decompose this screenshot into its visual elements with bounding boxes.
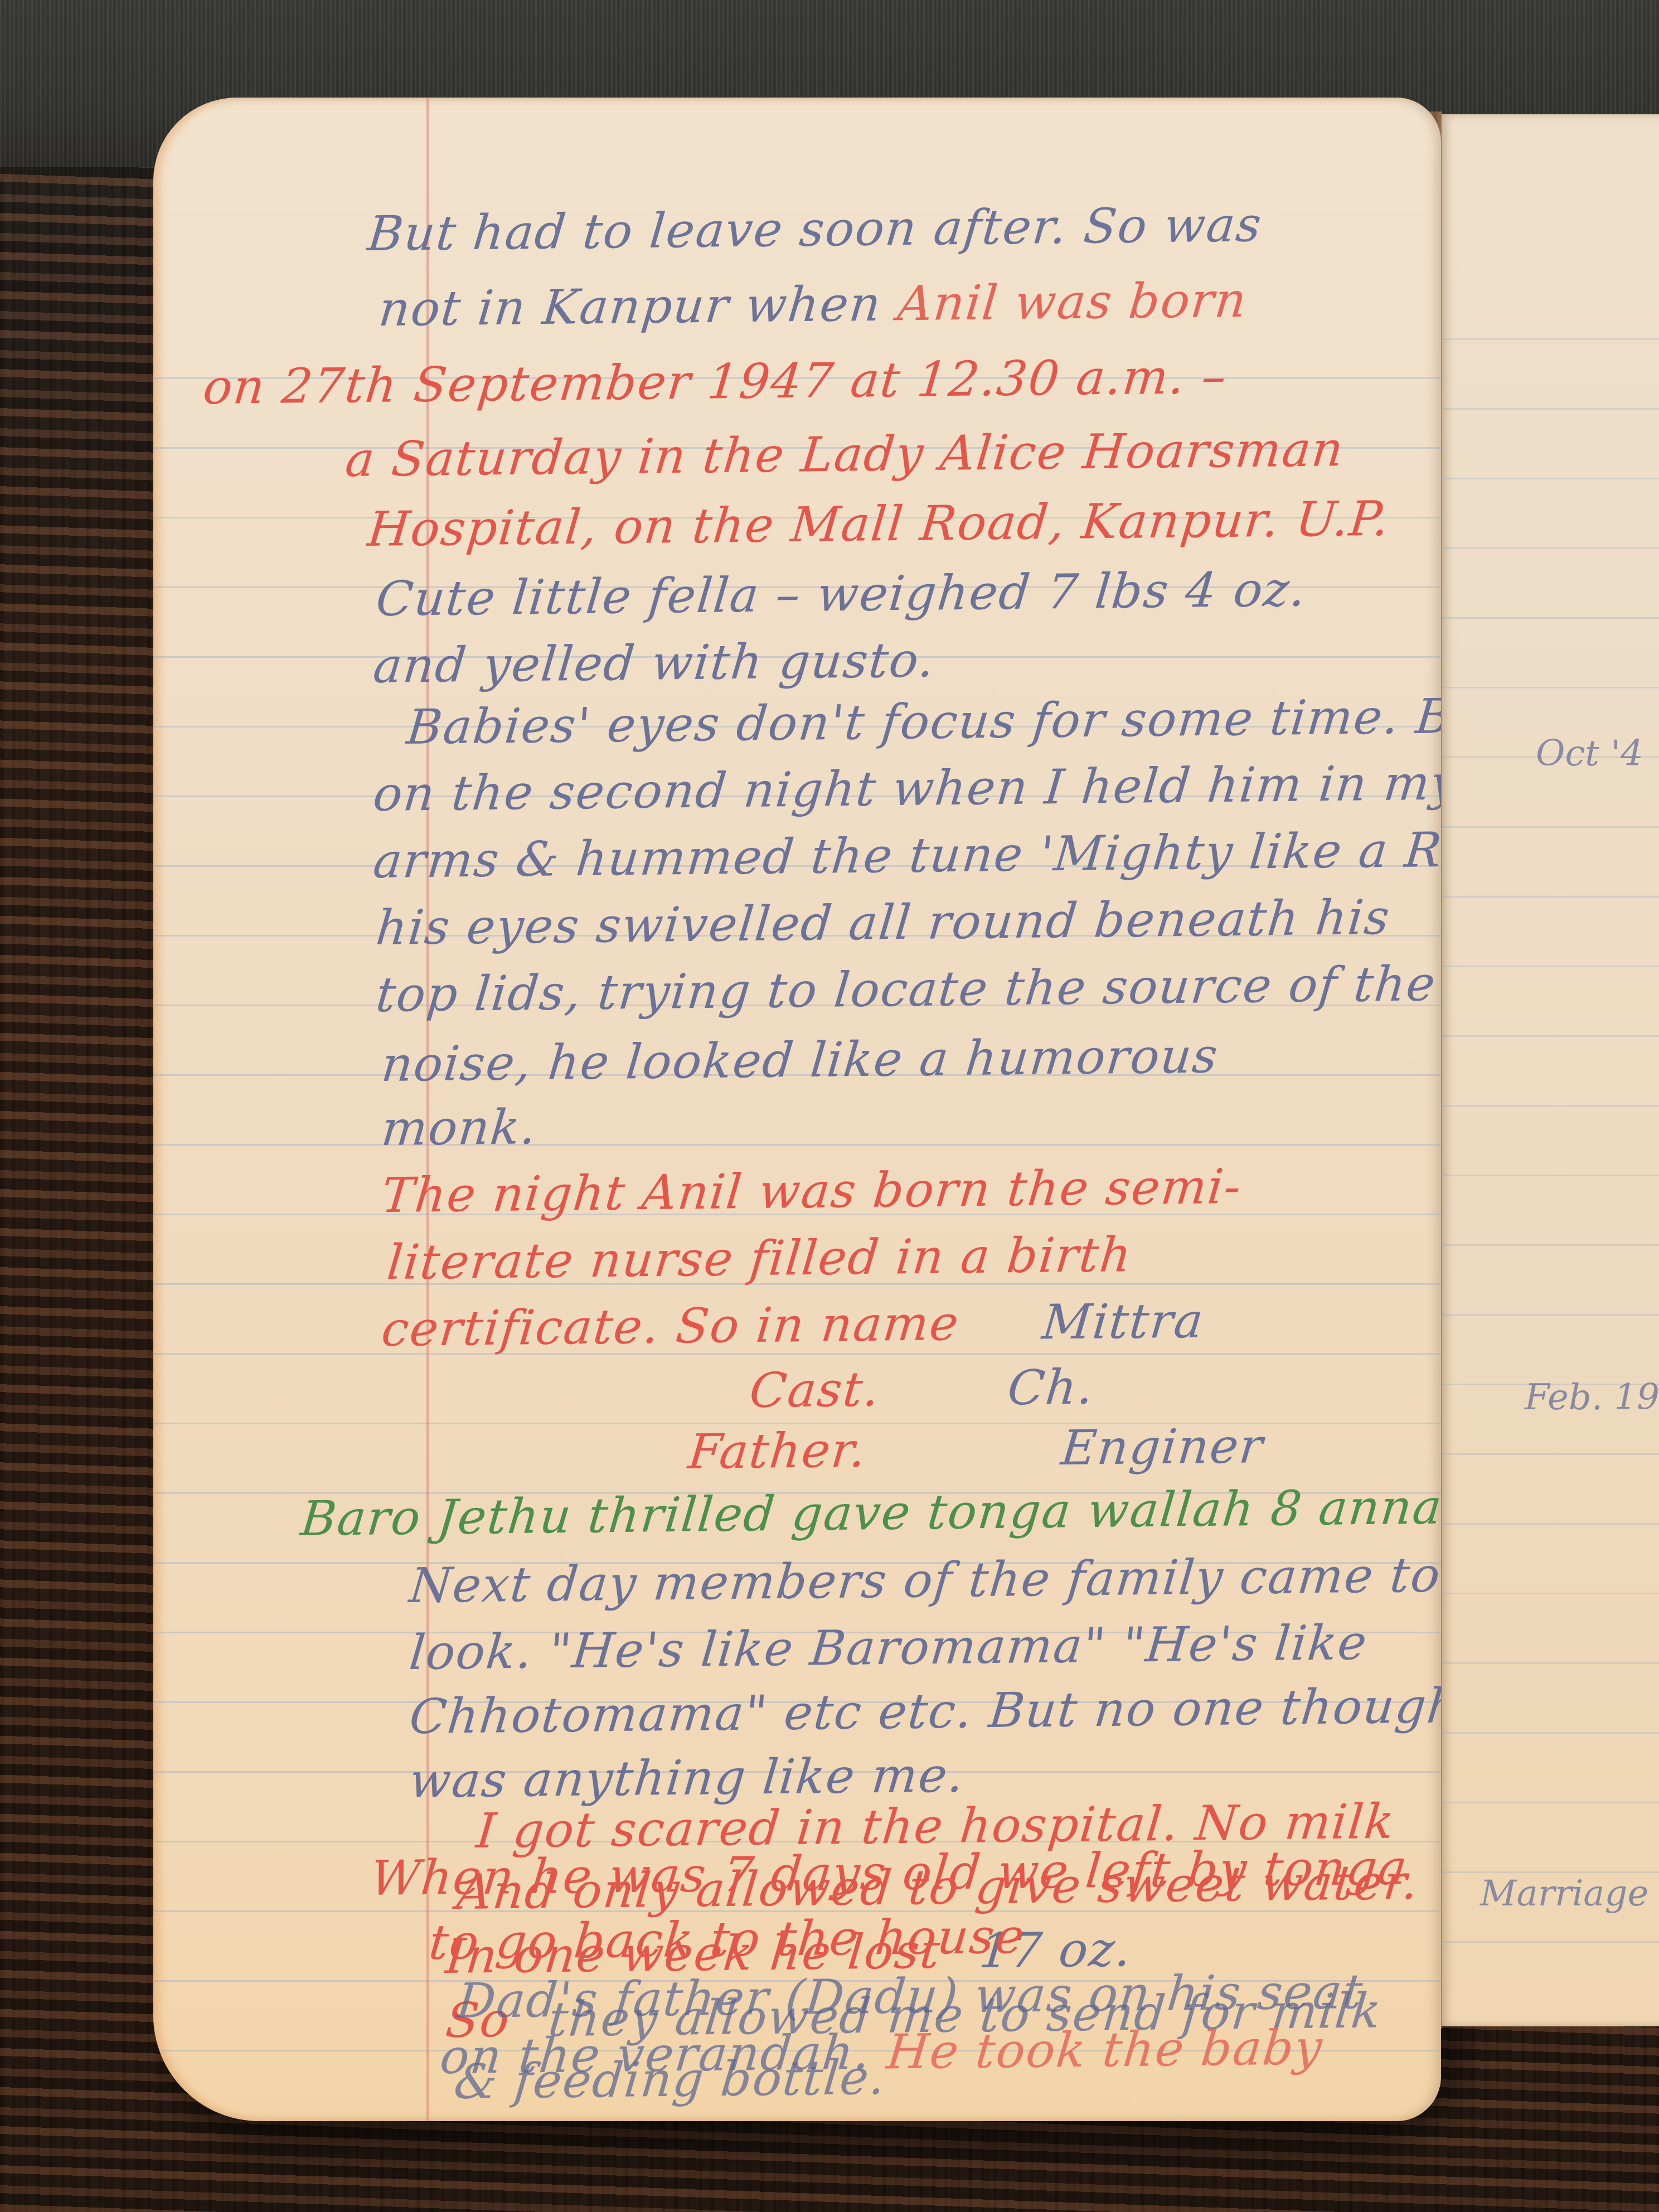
text-line-12: top lids, trying to locate the source of… <box>373 956 1439 1023</box>
text-line-33-red: He took the baby <box>884 2020 1325 2080</box>
right-note-date-feb: Feb. 19 <box>1525 1377 1659 1418</box>
text-line-31: to go back to the house <box>426 1909 1027 1971</box>
right-page-rules <box>1438 270 1659 1998</box>
text-line-9: on the second night when I held him in m… <box>371 755 1441 822</box>
text-line-2: not in Kanpur when Anil was born <box>376 273 1249 337</box>
right-note-date-oct: Oct '4 <box>1536 733 1643 774</box>
text-line-5: Hospital, on the Mall Road, Kanpur. U.P. <box>365 491 1392 557</box>
text-line-1: But had to leave soon after. So was <box>365 197 1264 262</box>
birth-cert-name-value: Mittra <box>1040 1293 1206 1351</box>
text-line-33-blue: on the verandah. <box>438 2025 873 2085</box>
text-line-4: a Saturday in the Lady Alice Hoarsman <box>343 421 1346 488</box>
text-line-13: noise, he looked like a humorous <box>379 1028 1221 1093</box>
text-line-18: Cast. Ch. <box>747 1360 1097 1419</box>
text-line-20: Baro Jethu thrilled gave tonga wallah 8 … <box>298 1479 1441 1547</box>
text-line-16: literate nurse filled in a birth <box>385 1227 1134 1291</box>
right-page: Oct '4 Feb. 19 Marriage <box>1438 114 1659 2026</box>
text-line-14: monk. <box>379 1099 540 1157</box>
left-page: But had to leave soon after. So was not … <box>153 98 1441 2121</box>
text-line-2-blue: not in Kanpur when <box>376 276 884 337</box>
text-line-30: When he was 7 days old we left by tonga <box>368 1840 1410 1907</box>
text-line-22: look. "He's like Baromama" "He's like <box>407 1615 1370 1681</box>
text-line-6: Cute little fella – weighed 7 lbs 4 oz. <box>373 562 1309 627</box>
text-line-7: and yelled with gusto. <box>371 632 937 694</box>
birth-cert-name-label: certificate. So in name <box>379 1296 962 1357</box>
text-line-17: certificate. So in name Mittra <box>379 1293 1206 1357</box>
text-line-19: Father. Enginer <box>686 1418 1266 1480</box>
text-line-2-red: Anil was born <box>895 273 1250 332</box>
text-line-21: Next day members of the family came to <box>407 1548 1441 1614</box>
right-note-marriage: Marriage <box>1480 1873 1648 1914</box>
text-line-3: on 27th September 1947 at 12.30 a.m. – <box>201 349 1230 415</box>
text-line-8: Babies' eyes don't focus for some time. … <box>404 688 1441 755</box>
birth-cert-caste-value: Ch. <box>1005 1360 1097 1417</box>
birth-cert-father-label: Father. <box>686 1423 869 1480</box>
text-line-32: Dad's father (Dadu) was on his seat <box>454 1964 1366 2029</box>
birth-cert-father-value: Enginer <box>1059 1418 1266 1476</box>
text-line-15: The night Anil was born the semi- <box>379 1159 1244 1224</box>
text-line-11: his eyes swivelled all round beneath his <box>373 890 1393 956</box>
text-line-10: arms & hummed the tune 'Mighty like a Ro… <box>371 821 1441 889</box>
birth-cert-caste-label: Cast. <box>747 1362 882 1419</box>
text-line-23: Chhotomama" etc etc. But no one thought … <box>407 1677 1441 1745</box>
text-line-33: on the verandah. He took the baby <box>438 2020 1325 2085</box>
